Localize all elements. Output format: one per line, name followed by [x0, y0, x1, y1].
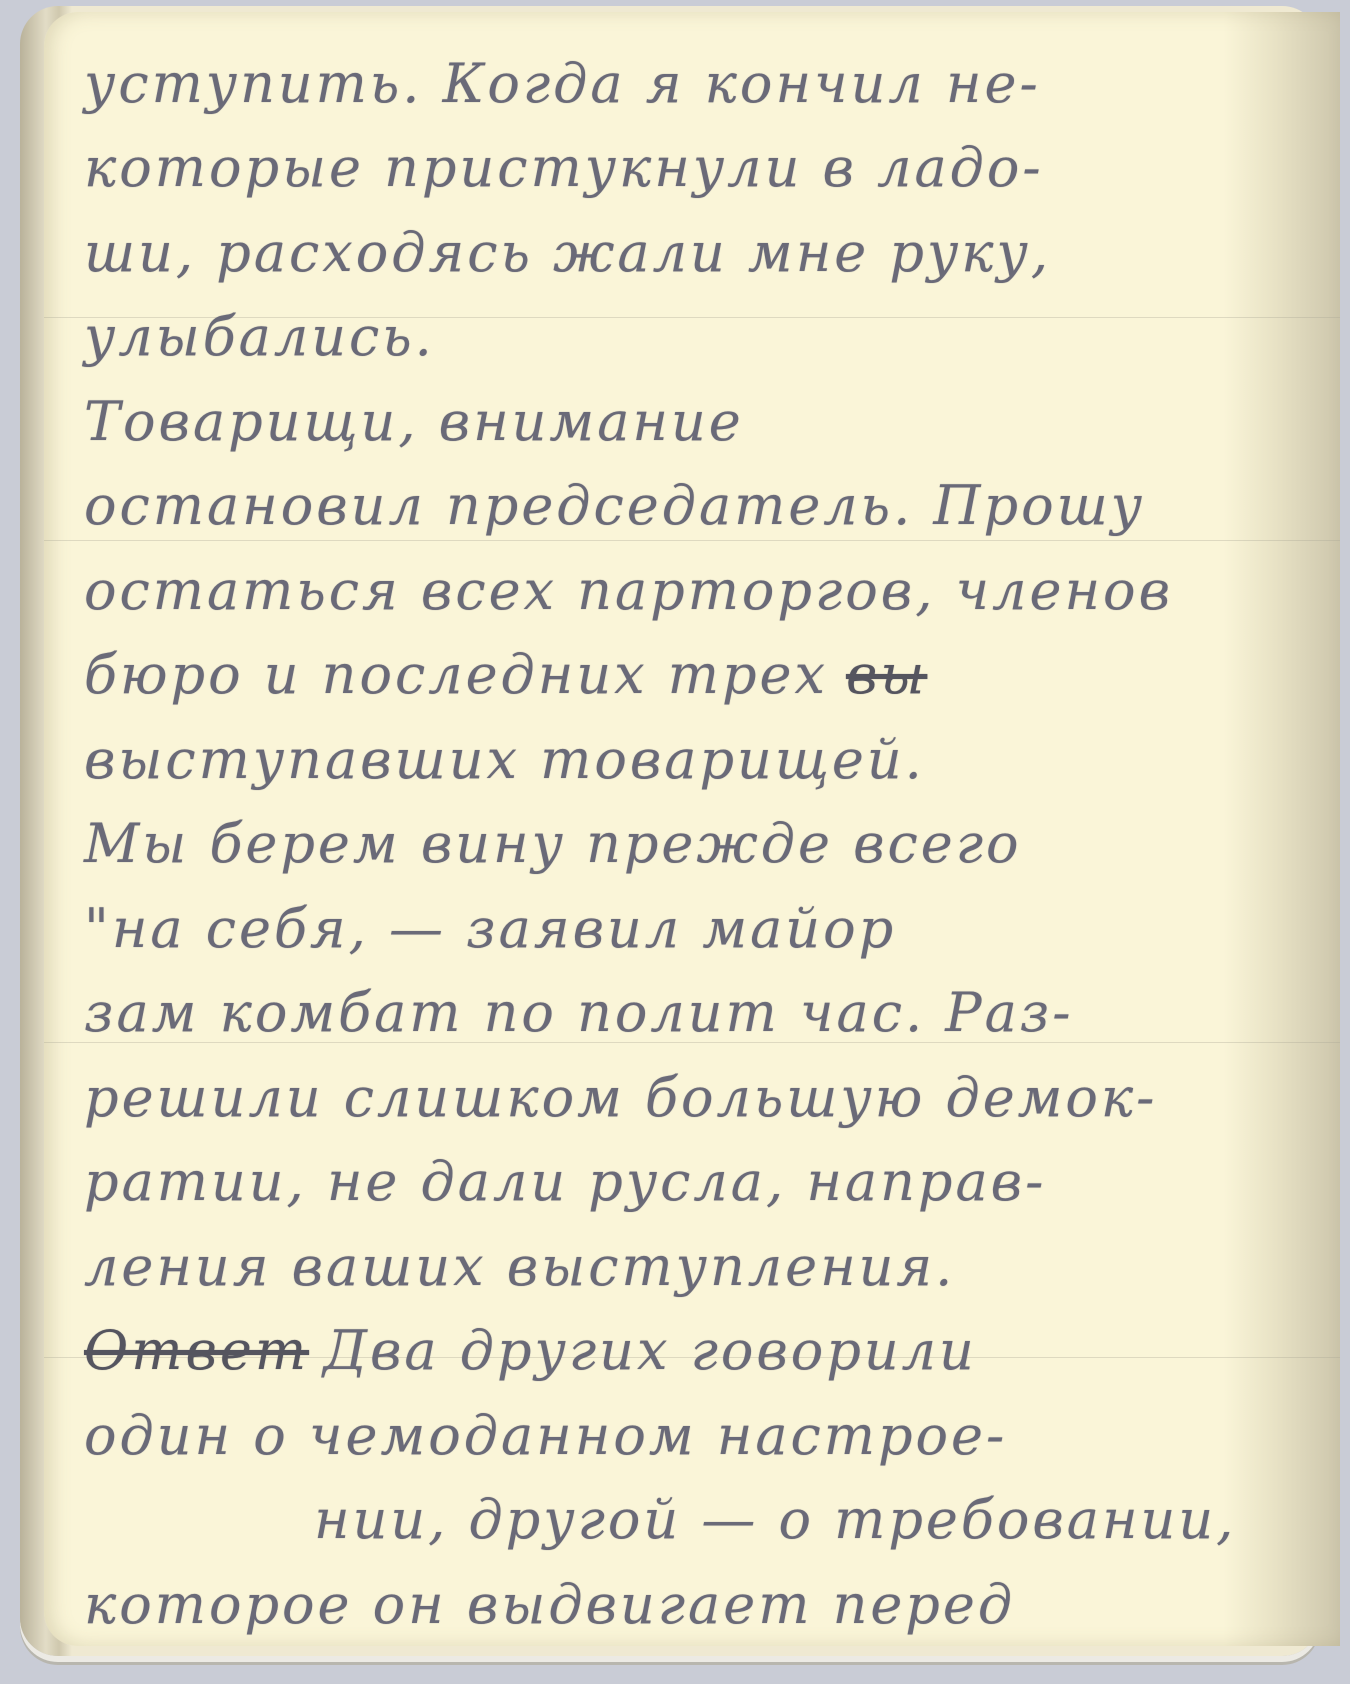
text-line: которое он выдвигает перед [84, 1551, 1280, 1636]
text-line: ратии, не дали русла, направ- [84, 1129, 1280, 1214]
text-line: ши, расходясь жали мне руку, [84, 199, 1280, 284]
text-line: зам комбат по полит час. Раз- [84, 960, 1280, 1045]
struck-out-text: вы [846, 643, 927, 706]
text-line: бюро и последних трехвы [84, 622, 1280, 707]
text-line: ления ваших выступления. [84, 1213, 1280, 1298]
text-line: выступавших товарищей. [84, 706, 1280, 791]
text-line: нии, другой — о требовании, [84, 1467, 1280, 1552]
text-line: улыбались. [84, 284, 1280, 369]
struck-out-text: Ответ [84, 1319, 309, 1382]
text-line: Мы берем вину прежде всего [84, 791, 1280, 876]
handwritten-text: уступить. Когда я кончил не- которые при… [84, 30, 1280, 1636]
notebook-page: уступить. Когда я кончил не- которые при… [44, 12, 1340, 1646]
text-line: решили слишком большую демок- [84, 1044, 1280, 1129]
text-line: ОтветДва других говорили [84, 1298, 1280, 1383]
text-line: Товарищи, внимание [84, 368, 1280, 453]
text-line: остаться всех парторгов, членов [84, 537, 1280, 622]
text-line: один о чемоданном настрое- [84, 1382, 1280, 1467]
text-line: которые пристукнули в ладо- [84, 115, 1280, 200]
text-line: уступить. Когда я кончил не- [84, 30, 1280, 115]
text-line: остановил председатель. Прошу [84, 453, 1280, 538]
text-line: "на себя, — заявил майор [84, 875, 1280, 960]
